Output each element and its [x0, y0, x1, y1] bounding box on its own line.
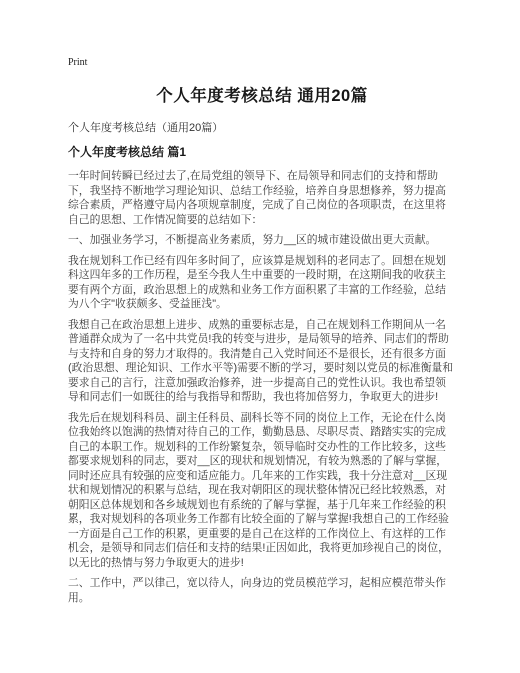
print-link[interactable]: Print [68, 57, 87, 69]
paragraph-political-progress: 我想自己在政治思想上进步、成熟的重要标志是，自己在规划科工作期间从一名普通群众成… [68, 318, 456, 405]
section-heading: 个人年度考核总结 篇1 [68, 145, 456, 160]
paragraph-positions-experience: 我先后在规划科科员、副主任科员、副科长等不同的岗位上工作，无论在什么岗位我始终以… [68, 411, 456, 571]
document-subtitle: 个人年度考核总结（通用20篇） [68, 121, 456, 135]
paragraph-section-one-heading: 一、加强业务学习，不断提高业务素质，努力__区的城市建设做出更大贡献。 [68, 233, 456, 248]
paragraph-work-history: 我在规划科工作已经有四年多时间了，应该算是规划科的老同志了。回想在规划科这四年多… [68, 254, 456, 312]
paragraph-intro: 一年时间转瞬已经过去了,在局党组的领导下、在局领导和同志们的支持和帮助下，我坚持… [68, 169, 456, 227]
paragraph-section-two-heading: 二、工作中，严以律己，宽以待人，向身边的党员模范学习，起相应模范带头作用。 [68, 576, 456, 605]
document-title: 个人年度考核总结 通用20篇 [68, 86, 456, 107]
document-page: Print 个人年度考核总结 通用20篇 个人年度考核总结（通用20篇） 个人年… [0, 0, 520, 673]
document-body: 一年时间转瞬已经过去了,在局党组的领导下、在局领导和同志们的支持和帮助下，我坚持… [68, 169, 456, 605]
